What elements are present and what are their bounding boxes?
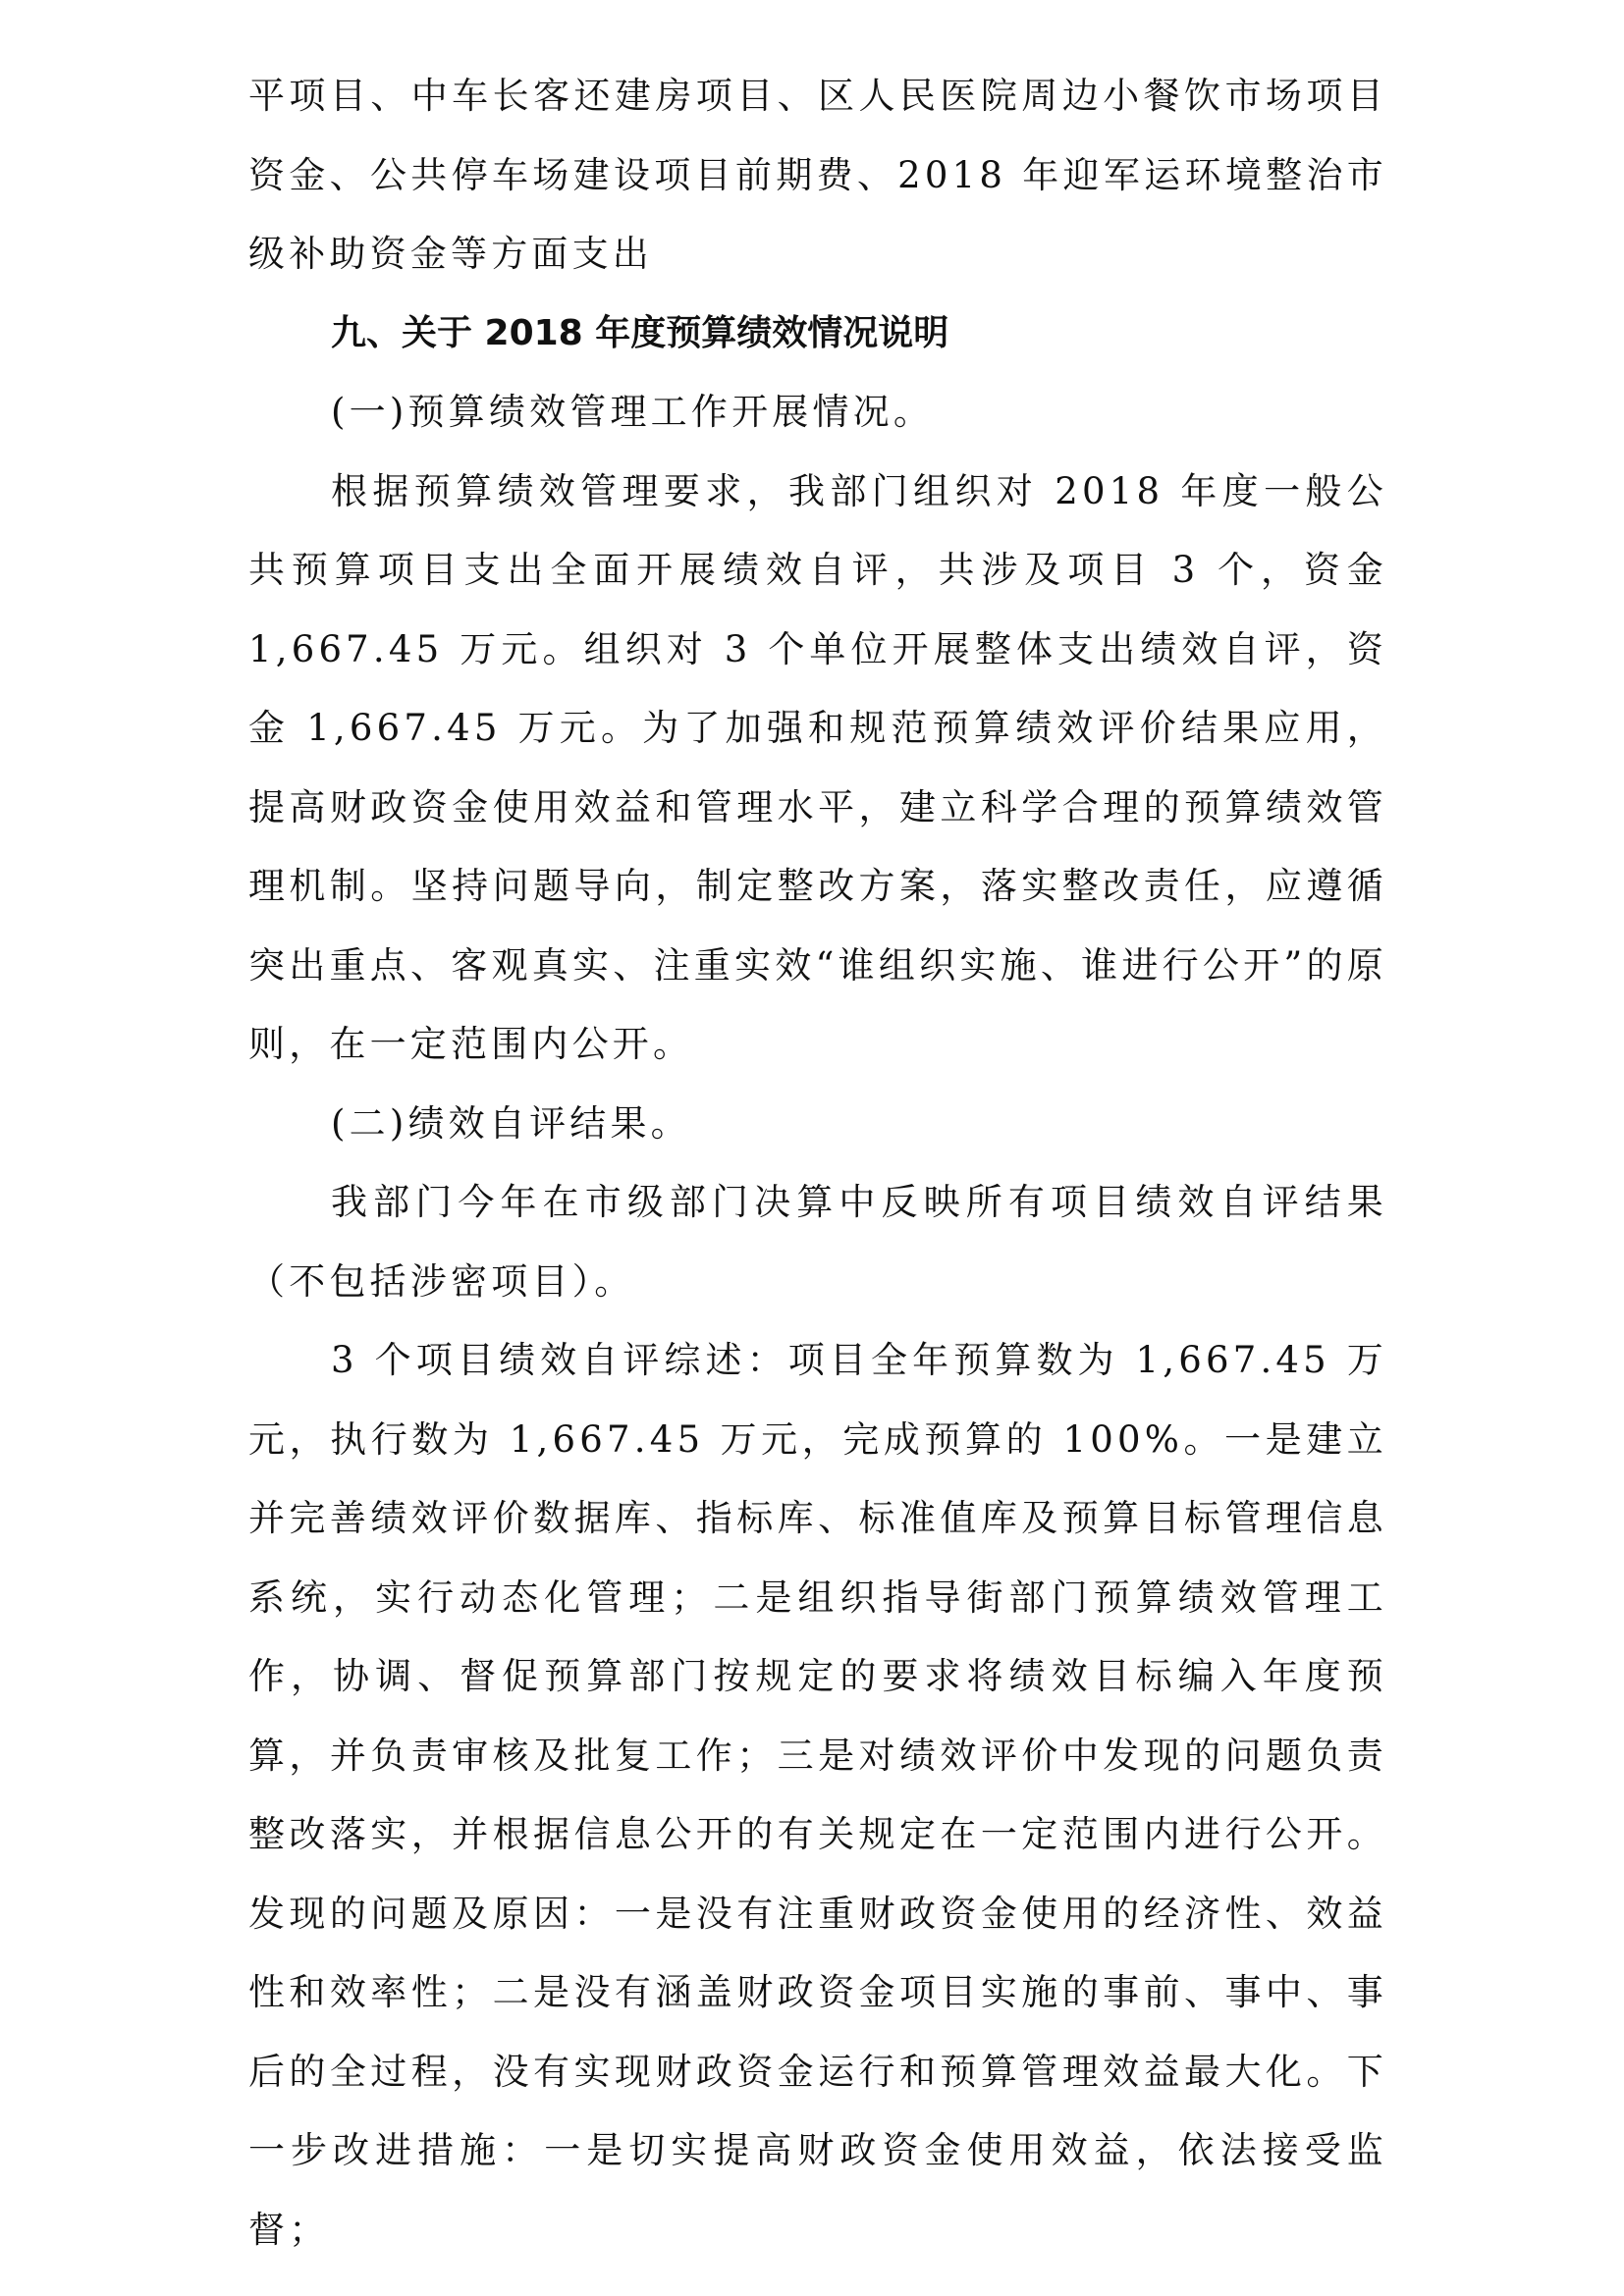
subsection-2-paragraph-2: 3 个项目绩效自评综述：项目全年预算数为 1,667.45 万元，执行数为 1,…: [248, 1321, 1387, 2269]
subsection-2-title: (二)绩效自评结果。: [248, 1085, 1387, 1164]
section-heading: 九、关于 2018 年度预算绩效情况说明: [248, 294, 1387, 374]
continued-paragraph: 平项目、中车长客还建房项目、区人民医院周边小餐饮市场项目资金、公共停车场建设项目…: [248, 57, 1387, 294]
document-page: 平项目、中车长客还建房项目、区人民医院周边小餐饮市场项目资金、公共停车场建设项目…: [248, 57, 1387, 2269]
subsection-2-paragraph-1: 我部门今年在市级部门决算中反映所有项目绩效自评结果（不包括涉密项目）。: [248, 1163, 1387, 1321]
subsection-1-paragraph: 根据预算绩效管理要求，我部门组织对 2018 年度一般公共预算项目支出全面开展绩…: [248, 453, 1387, 1085]
subsection-1-title: (一)预算绩效管理工作开展情况。: [248, 373, 1387, 453]
